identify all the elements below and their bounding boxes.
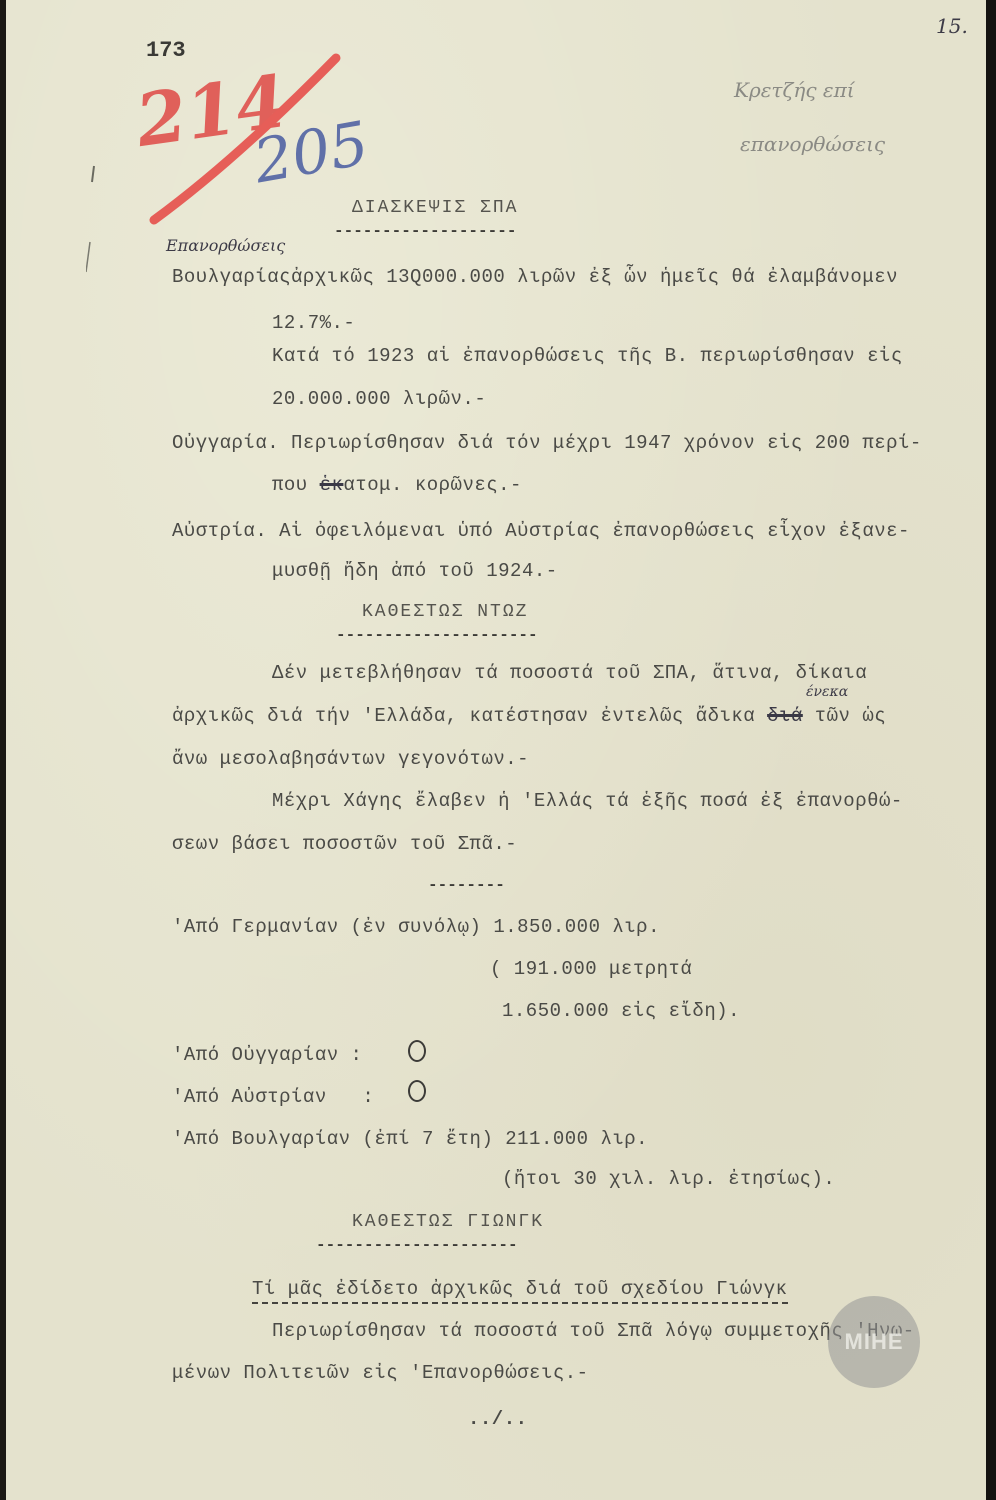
struck-text: διά bbox=[767, 705, 803, 727]
hungary-line-2: που ἑκατομ. κορῶνες.- bbox=[272, 474, 522, 496]
hungary-line-1: Οὐγγαρία. Περιωρίσθησαν διά τόν μέχρι 19… bbox=[172, 432, 922, 454]
young-para-line1: Περιωρίσθησαν τά ποσοστά τοῦ Σπᾶ λόγῳ συ… bbox=[272, 1320, 915, 1342]
dawes-para2-line1: Μέχρι Χάγης ἔλαβεν ἡ 'Ελλάς τά ἑξῆς ποσά… bbox=[272, 790, 903, 812]
dawes-para1-line1: Δέν μετεβλήθησαν τά ποσοστά τοῦ ΣΠΑ, ἅτι… bbox=[272, 662, 867, 684]
austria-text: Αἱ ὀφειλόμεναι ὑπό Αὐστρίας ἐπανορθώσεις… bbox=[279, 520, 910, 542]
struck-text: ἑκ bbox=[320, 474, 344, 496]
title-rule: ------------------- bbox=[334, 222, 516, 240]
document-title: ΔΙΑΣΚΕΨΙΣ ΣΠΑ bbox=[352, 198, 518, 218]
section-heading-dawes: ΚΑΘΕΣΤΩΣ ΝΤΩΖ bbox=[362, 602, 528, 622]
bulgaria-line-3: Κατά τό 1923 αἱ ἐπανορθώσεις τῆς Β. περι… bbox=[272, 345, 903, 367]
hungary-text: Περιωρίσθησαν διά τόν μέχρι 1947 χρόνον … bbox=[291, 432, 922, 454]
page-edge-shadow bbox=[986, 0, 996, 1500]
receipts-separator: -------- bbox=[428, 876, 505, 894]
zero-value-austria bbox=[408, 1080, 426, 1102]
austria-line-2: μυσθῇ ἤδη ἀπό τοῦ 1924.- bbox=[272, 560, 558, 582]
receipt-germany: 'Από Γερμανίαν (ἐν συνόλῳ) 1.850.000 λιρ… bbox=[172, 916, 660, 938]
document-page: 173 214 205 15. Κρετζής επί επανορθώσεις… bbox=[6, 0, 986, 1500]
archive-stamp: ΜΙΗΕ bbox=[828, 1296, 920, 1388]
young-para-line2: μένων Πολιτειῶν εἰς 'Επανορθώσεις.- bbox=[172, 1362, 589, 1384]
section-heading-young: ΚΑΘΕΣΤΩΣ ΓΙΩΝΓΚ bbox=[352, 1212, 544, 1232]
continuation-mark: ../.. bbox=[468, 1408, 528, 1430]
hungary-label: Οὐγγαρία. bbox=[172, 432, 279, 454]
bulgaria-line-4: 20.000.000 λιρῶν.- bbox=[272, 388, 486, 410]
austria-line-1: Αὐστρία. Αἱ ὀφειλόμεναι ὑπό Αὐστρίας ἐπα… bbox=[172, 520, 910, 542]
receipt-hungary: 'Από Οὐγγαρίαν : bbox=[172, 1044, 362, 1066]
young-subheading: Τί μᾶς ἐδίδετο ἀρχικῶς διά τοῦ σχεδίου Γ… bbox=[252, 1278, 788, 1300]
receipt-bulgaria-annual: (ἤτοι 30 χιλ. λιρ. ἐτησίως). bbox=[502, 1168, 835, 1190]
section-rule-dawes: --------------------- bbox=[336, 626, 538, 644]
receipt-germany-cash: ( 191.000 μετρητά bbox=[490, 958, 692, 980]
margin-stray-marks bbox=[86, 160, 116, 280]
dawes-para2-line2: σεων βάσει ποσοστῶν τοῦ Σπᾶ.- bbox=[172, 833, 517, 855]
dawes-para1-line2: ἀρχικῶς διά τήν 'Ελλάδα, κατέστησαν ἐντε… bbox=[172, 705, 886, 727]
section-rule-young: --------------------- bbox=[316, 1236, 518, 1254]
receipt-bulgaria: 'Από Βουλγαρίαν (ἐπί 7 ἔτη) 211.000 λιρ. bbox=[172, 1128, 648, 1150]
bulgaria-label: Βουλγαρίας bbox=[172, 266, 291, 288]
stamp-label: ΜΙΗΕ bbox=[845, 1329, 904, 1355]
pencil-note-line2: επανορθώσεις bbox=[740, 132, 885, 156]
bulgaria-text: ἀρχικῶς 13Q000.000 λιρῶν ἐξ ὧν ἡμεῖς θά … bbox=[291, 266, 898, 288]
pencil-note-line1: Κρετζής επί bbox=[734, 78, 855, 102]
dawes-para1-line3: ἄνω μεσολαβησάντων γεγονότων.- bbox=[172, 748, 529, 770]
bulgaria-line-1: Βουλγαρίαςἀρχικῶς 13Q000.000 λιρῶν ἐξ ὧν… bbox=[172, 266, 898, 288]
folio-number: 15. bbox=[936, 14, 968, 38]
receipt-austria: 'Από Αὐστρίαν : bbox=[172, 1086, 374, 1108]
zero-value-hungary bbox=[408, 1040, 426, 1062]
bulgaria-line-2: 12.7%.- bbox=[272, 312, 355, 334]
correction-inserted-word: ένεκα bbox=[806, 684, 848, 700]
austria-label: Αὐστρία. bbox=[172, 520, 267, 542]
margin-note-epanorthoseis: Επανορθώσεις bbox=[166, 236, 285, 255]
receipt-germany-kind: 1.650.000 εἰς εἴδη). bbox=[502, 1000, 740, 1022]
